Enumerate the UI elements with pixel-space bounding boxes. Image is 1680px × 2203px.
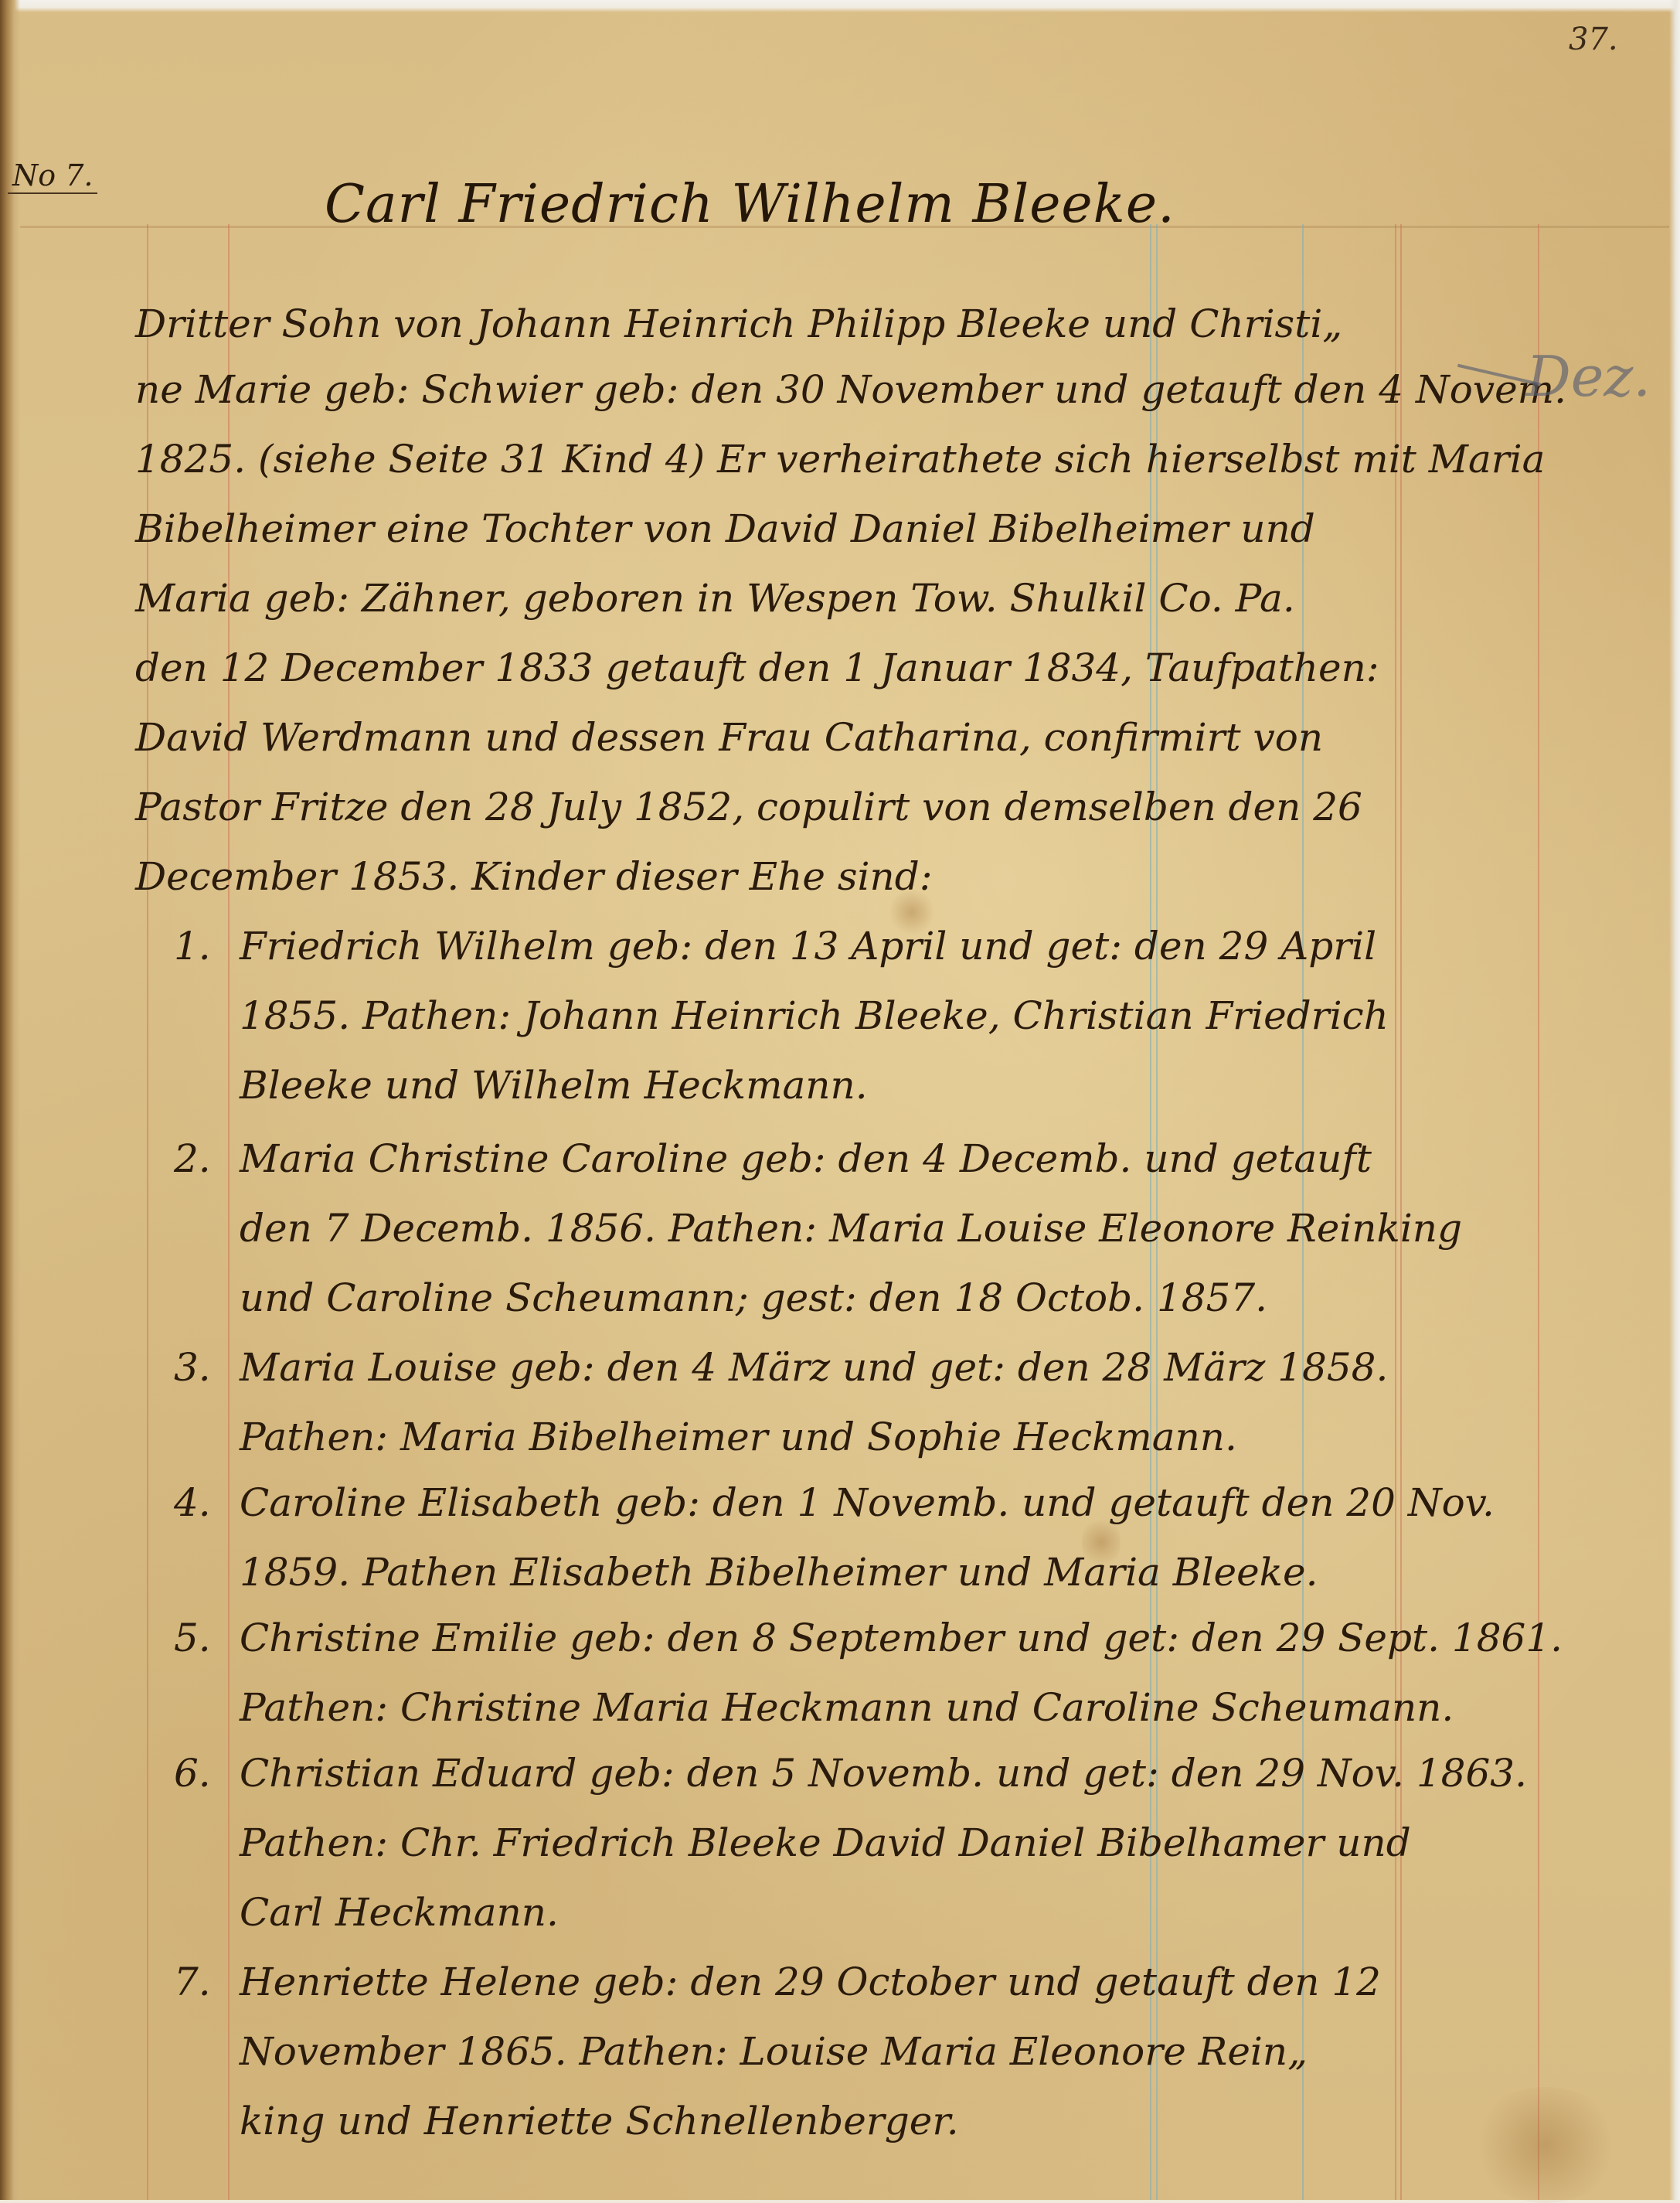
child-line: Bleeke und Wilhelm Heckmann.	[240, 1063, 868, 1108]
child-number: 5.	[174, 1616, 211, 1660]
child-number: 4.	[174, 1480, 211, 1525]
child-line: und Caroline Scheumann; gest: den 18 Oct…	[240, 1275, 1267, 1320]
child-line: Pathen: Chr. Friedrich Bleeke David Dani…	[240, 1820, 1411, 1865]
margin-entry-number: No 7.	[8, 158, 97, 194]
child-line: Christian Eduard geb: den 5 Novemb. und …	[240, 1751, 1527, 1796]
child-line: Caroline Elisabeth geb: den 1 Novemb. un…	[240, 1480, 1495, 1525]
child-line: den 7 Decemb. 1856. Pathen: Maria Louise…	[240, 1206, 1462, 1251]
child-line: Henriette Helene geb: den 29 October und…	[240, 1960, 1381, 2004]
record-title: Carl Friedrich Wilhelm Bleeke.	[325, 174, 1175, 235]
child-line: Friedrich Wilhelm geb: den 13 April und …	[240, 924, 1376, 969]
pencil-correction: Dez.	[1526, 344, 1651, 409]
record-line: Bibelheimer eine Tochter von David Danie…	[135, 506, 1315, 551]
child-line: Maria Christine Caroline geb: den 4 Dece…	[240, 1136, 1372, 1181]
child-line: 1855. Pathen: Johann Heinrich Bleeke, Ch…	[240, 993, 1389, 1038]
child-number: 2.	[174, 1136, 211, 1181]
child-number: 6.	[174, 1751, 211, 1796]
torn-top-edge	[0, 0, 1680, 12]
record-line: den 12 December 1833 getauft den 1 Janua…	[135, 645, 1379, 690]
child-number: 7.	[174, 1960, 211, 2004]
child-number: 1.	[174, 924, 211, 969]
age-stain	[1468, 2087, 1623, 2200]
record-line: Pastor Fritze den 28 July 1852, copulirt…	[135, 785, 1362, 829]
child-line: Carl Heckmann.	[240, 1890, 559, 1935]
page-number: 37.	[1569, 22, 1618, 57]
child-line: king und Henriette Schnellenberger.	[240, 2099, 959, 2143]
record-line: ne Marie geb: Schwier geb: den 30 Novemb…	[135, 367, 1566, 412]
child-line: 1859. Pathen Elisabeth Bibelheimer und M…	[240, 1550, 1318, 1595]
child-line: Christine Emilie geb: den 8 September un…	[240, 1616, 1563, 1660]
record-line: 1825. (siehe Seite 31 Kind 4) Er verheir…	[135, 437, 1545, 482]
record-line: David Werdmann und dessen Frau Catharina…	[135, 715, 1323, 760]
book-binding-edge	[0, 0, 20, 2200]
child-line: Pathen: Christine Maria Heckmann und Car…	[240, 1685, 1454, 1730]
child-line: November 1865. Pathen: Louise Maria Eleo…	[240, 2029, 1308, 2074]
record-line: Dritter Sohn von Johann Heinrich Philipp…	[135, 301, 1342, 346]
record-line: December 1853. Kinder dieser Ehe sind:	[135, 854, 933, 899]
child-line: Pathen: Maria Bibelheimer und Sophie Hec…	[240, 1415, 1237, 1459]
record-line: Maria geb: Zähner, geboren in Wespen Tow…	[135, 576, 1295, 621]
column-rule-red-2	[1538, 224, 1539, 2200]
child-number: 3.	[174, 1345, 211, 1390]
ledger-page: 37. No 7. Carl Friedrich Wilhelm Bleeke.…	[0, 0, 1680, 2200]
child-line: Maria Louise geb: den 4 März und get: de…	[240, 1345, 1388, 1390]
page-right-edge	[1669, 0, 1680, 2200]
